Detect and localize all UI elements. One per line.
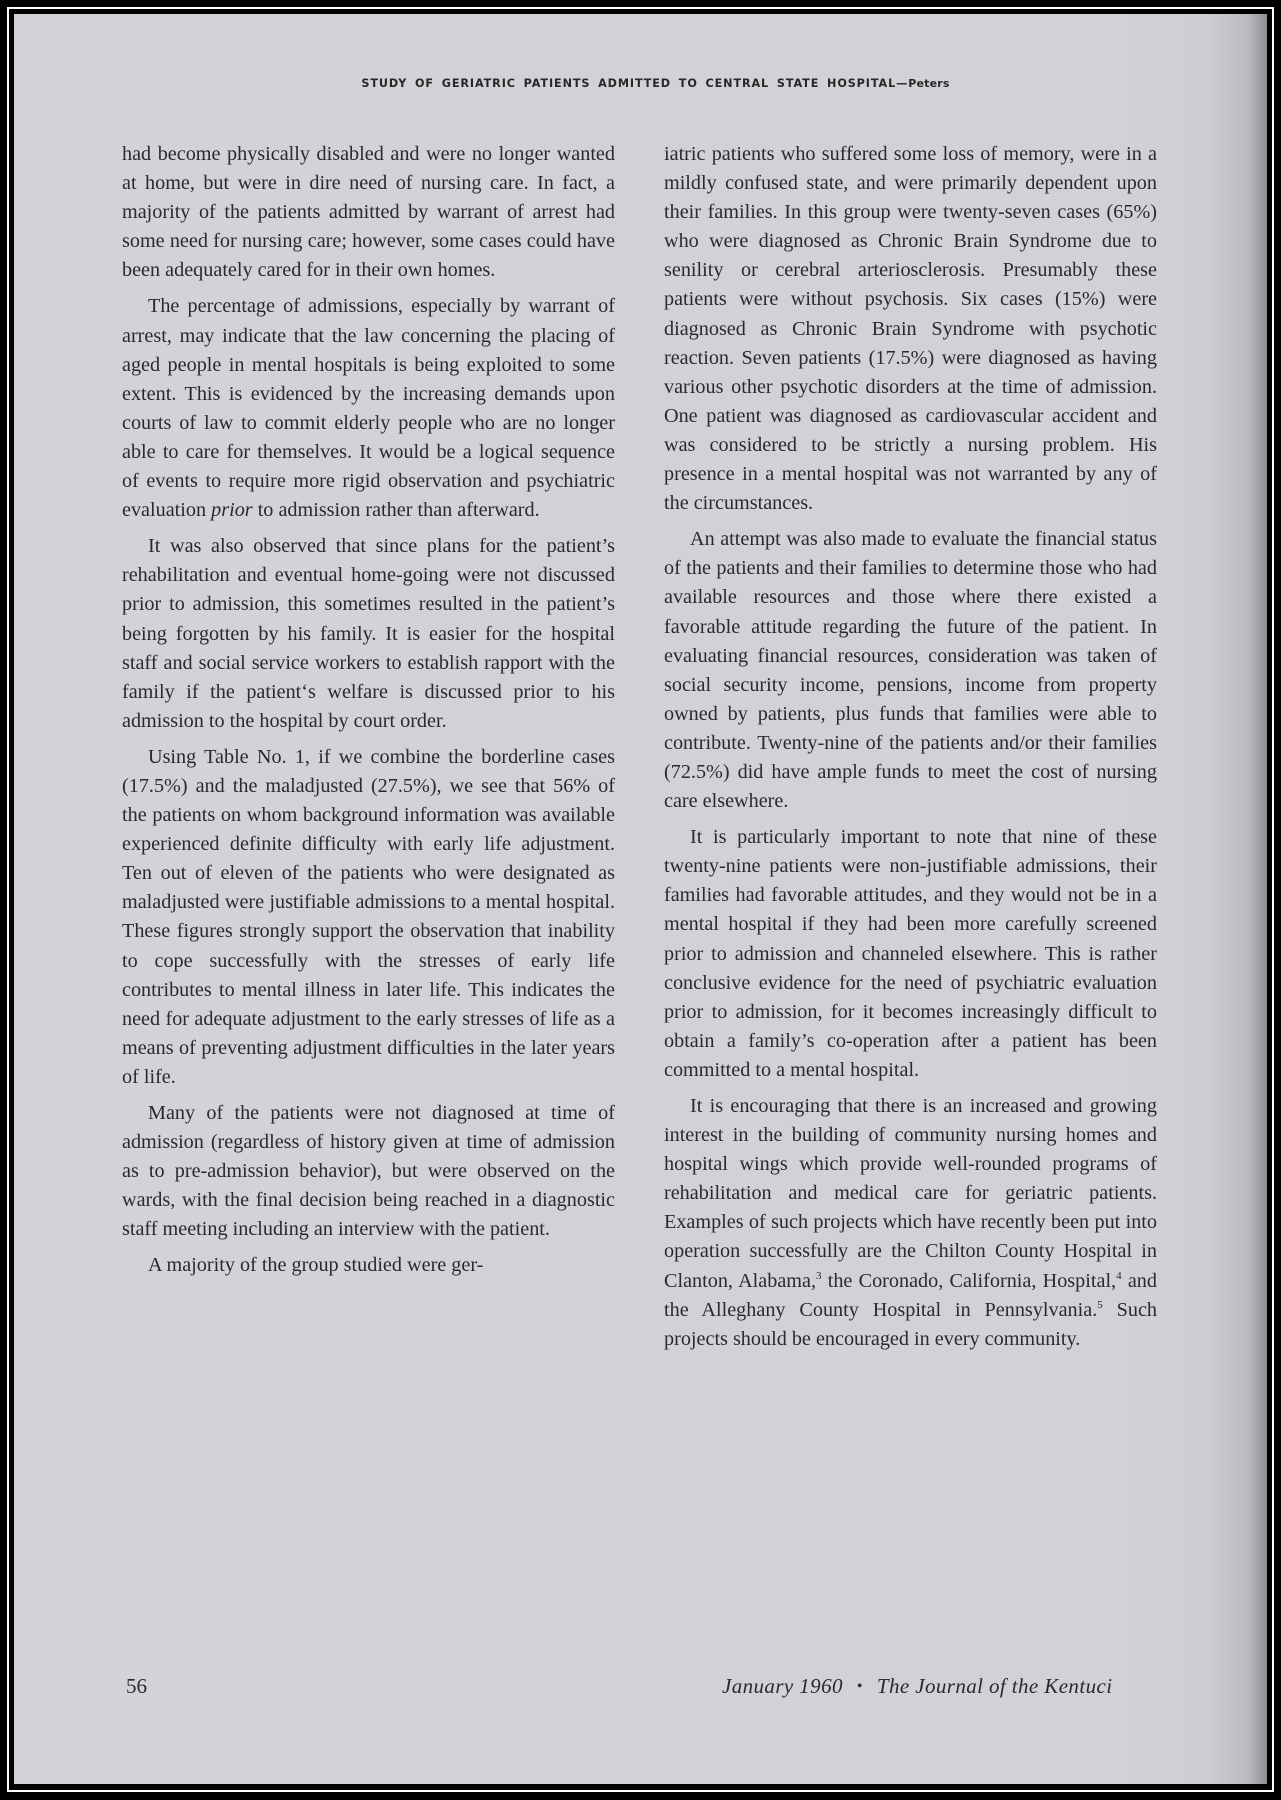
paragraph-text: The percentage of admissions, especially… [122,295,615,521]
running-head-author: Peters [908,77,949,90]
footnote-ref: 4 [1116,1270,1122,1282]
journal-page: STUDY OF GERIATRIC PATIENTS ADMITTED TO … [14,14,1267,1784]
bullet-separator: • [857,1678,863,1695]
paragraph: An attempt was also made to evaluate the… [664,525,1157,816]
paragraph: It was also observed that since plans fo… [122,532,615,736]
issue-date: January 1960 [722,1674,843,1698]
paragraph-text: to admission rather than afterward. [258,499,540,521]
footnote-ref: 3 [816,1270,822,1282]
left-column: had become physically disabled and were … [122,140,615,1288]
running-head: STUDY OF GERIATRIC PATIENTS ADMITTED TO … [14,77,1267,90]
paragraph: It is encouraging that there is an incre… [664,1092,1157,1354]
paragraph: A majority of the group studied were ger… [122,1251,615,1280]
running-head-separator: — [896,77,908,90]
paragraph: had become physically disabled and were … [122,140,615,285]
paragraph: Using Table No. 1, if we combine the bor… [122,743,615,1092]
paragraph: iatric patients who suffered some loss o… [664,140,1157,518]
emphasis-text: prior [211,499,253,521]
page-number: 56 [126,1674,147,1699]
paragraph-text: It is encouraging that there is an incre… [664,1095,1157,1292]
journal-footer: January 1960•The Journal of the Kentuci [722,1674,1112,1699]
footnote-ref: 5 [1097,1299,1103,1311]
running-head-title: STUDY OF GERIATRIC PATIENTS ADMITTED TO … [361,77,896,90]
paragraph: It is particularly important to note tha… [664,823,1157,1085]
paragraph: The percentage of admissions, especially… [122,292,615,525]
paragraph-text: the Coronado, California, Hospital, [828,1270,1116,1292]
journal-name: The Journal of the Kentuci [877,1674,1113,1698]
right-column: iatric patients who suffered some loss o… [664,140,1157,1361]
paragraph: Many of the patients were not diagnosed … [122,1099,615,1244]
